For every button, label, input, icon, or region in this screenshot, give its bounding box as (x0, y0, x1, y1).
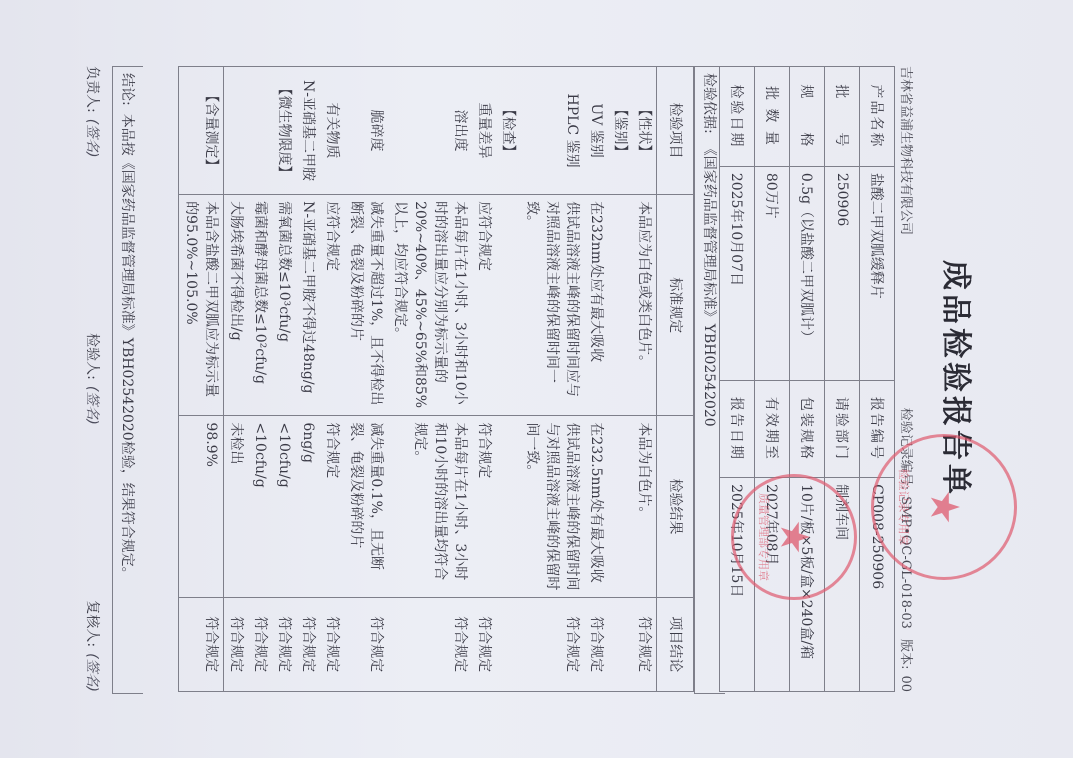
table-row: 有关物质应符合规定符合规定符合规定 (320, 67, 344, 692)
header-conclusion: 项目结论 (656, 597, 693, 691)
inspector-signature: 检验人:(签名) (83, 333, 103, 425)
company-name: 吉林省益浦生物科技有限公司 (898, 66, 917, 235)
red-seal-stamp: ★ 质量管理部专用章 (731, 474, 857, 600)
product-name-label: 产品名称 (859, 67, 894, 167)
package-label: 包装规格 (789, 380, 824, 477)
table-row: 脆碎度减失重量不超过1%，且不得检出断裂、龟裂及粉碎的片减失重量0.1%，且无断… (344, 67, 388, 692)
conclusion-cell: 符合规定 (223, 597, 248, 691)
result-cell: 本品为白色片。 (632, 416, 657, 597)
standard-cell: 在232nm处应有最大吸收 (584, 195, 608, 416)
result-cell (608, 416, 632, 597)
item-cell: 溶出度 (388, 67, 472, 195)
table-row: N-亚硝基二甲胺N-亚硝基二甲胺不得过48ng/g6ng/g符合规定 (296, 67, 320, 692)
spec: 0.5g（以盐酸二甲双胍计） (789, 166, 824, 380)
test-items-table: 检验项目 标准规定 检验结果 项目结论 【性状】本品应为白色或类白色片。本品为白… (178, 66, 694, 692)
table-row: 【微生物限度】需氧菌总数≤10³cfu/g<10cfu/g符合规定 (272, 67, 296, 692)
expiry-label: 有效期至 (754, 380, 789, 477)
result-cell: <10cfu/g (248, 416, 272, 597)
item-cell: HPLC 鉴别 (520, 67, 584, 195)
product-name: 盐酸二甲双胍缓释片 (859, 166, 894, 380)
table-header: 检验项目 标准规定 检验结果 项目结论 (656, 67, 693, 692)
quantity-label: 批 数 量 (754, 67, 789, 167)
inspection-report: 成品检验报告单 吉林省益浦生物科技有限公司 检验记录编号:SMP•QC-GL-0… (87, 54, 987, 704)
star-icon: ★ (771, 519, 817, 555)
table-row: 【检查】 (496, 67, 520, 692)
standard-cell: 应符合规定 (472, 195, 496, 416)
header-line: 吉林省益浦生物科技有限公司 检验记录编号:SMP•QC-GL-018-03 版本… (898, 66, 917, 692)
item-cell: 【含量测定】 (178, 67, 223, 195)
result-cell: 供试品溶液主峰的保留时间与对照品溶液主峰的保留时间一致。 (520, 416, 584, 597)
table-row: UV 鉴别在232nm处应有最大吸收在232.5nm处有最大吸收符合规定 (584, 67, 608, 692)
header-item: 检验项目 (656, 67, 693, 195)
conclusion-cell: 符合规定 (584, 597, 608, 691)
item-cell: 【微生物限度】 (272, 67, 296, 195)
batch-no-label: 批 号 (824, 67, 859, 167)
conclusion-cell (608, 597, 632, 691)
result-cell: 符合规定 (320, 416, 344, 597)
standard-cell: 需氧菌总数≤10³cfu/g (272, 195, 296, 416)
report-title: 成品检验报告单 (937, 54, 981, 704)
conclusion-cell: 符合规定 (272, 597, 296, 691)
item-cell: N-亚硝基二甲胺 (296, 67, 320, 195)
item-cell: 【性状】 (632, 67, 657, 195)
result-cell: 98.9% (178, 416, 223, 597)
standard-cell: 大肠埃希菌不得检出/g (223, 195, 248, 416)
standard-cell: 减失重量不超过1%，且不得检出断裂、龟裂及粉碎的片 (344, 195, 388, 416)
result-cell: 符合规定 (472, 416, 496, 597)
result-cell (496, 416, 520, 597)
table-row: HPLC 鉴别供试品溶液主峰的保留时间应与对照品溶液主峰的保留时间一致。供试品溶… (520, 67, 584, 692)
table-row: 溶出度本品每片在1小时、3小时和10小时的溶出量应分别为标示量的20%~40%、… (388, 67, 472, 692)
table-row: 【性状】本品应为白色或类白色片。本品为白色片。符合规定 (632, 67, 657, 692)
standard-cell: 霉菌和酵母菌总数≤10²cfu/g (248, 195, 272, 416)
item-cell: 重量差异 (472, 67, 496, 195)
standard-cell: 供试品溶液主峰的保留时间应与对照品溶液主峰的保留时间一致。 (520, 195, 584, 416)
responsible-signature: 负责人:(签名) (83, 66, 103, 158)
quantity: 80万片 (754, 166, 789, 380)
conclusion-cell: 符合规定 (520, 597, 584, 691)
standard-cell: 本品含盐酸二甲双胍应为标示量的95.0%~105.0% (178, 195, 223, 416)
scanned-page: 成品检验报告单 吉林省益浦生物科技有限公司 检验记录编号:SMP•QC-GL-0… (0, 0, 1073, 758)
conclusion-cell: 符合规定 (472, 597, 496, 691)
standard-cell (496, 195, 520, 416)
standard-cell: N-亚硝基二甲胺不得过48ng/g (296, 195, 320, 416)
result-cell: 本品每片在1小时、3小时和10小时的溶出量均符合规定。 (388, 416, 472, 597)
item-cell: 脆碎度 (344, 67, 388, 195)
signature-row: 负责人:(签名) 检验人:(签名) 复核人:(签名) (83, 66, 103, 692)
result-cell: 减失重量0.1%，且无断裂、龟裂及粉碎的片 (344, 416, 388, 597)
header-result: 检验结果 (656, 416, 693, 597)
final-conclusion: 结论: 本品按《国家药品监督管理局标准》YBH02542020检验，结果符合规定… (112, 66, 143, 694)
reviewer-signature: 复核人:(签名) (83, 600, 103, 692)
item-cell: 【鉴别】 (608, 67, 632, 195)
table-row: 【含量测定】本品含盐酸二甲双胍应为标示量的95.0%~105.0%98.9%符合… (178, 67, 223, 692)
conclusion-cell (496, 597, 520, 691)
table-row: 【鉴别】 (608, 67, 632, 692)
conclusion-cell: 符合规定 (344, 597, 388, 691)
red-seal-stamp: ★ 检验记录专用章 (871, 434, 1017, 580)
conclusion-cell: 符合规定 (320, 597, 344, 691)
result-cell: 未检出 (223, 416, 248, 597)
item-cell (248, 67, 272, 195)
item-cell: 【检查】 (496, 67, 520, 195)
standard-cell: 应符合规定 (320, 195, 344, 416)
conclusion-cell: 符合规定 (388, 597, 472, 691)
conclusion-cell: 符合规定 (248, 597, 272, 691)
result-cell: 6ng/g (296, 416, 320, 597)
batch-no: 250906 (824, 166, 859, 380)
table-row: 霉菌和酵母菌总数≤10²cfu/g<10cfu/g符合规定 (248, 67, 272, 692)
standard-cell: 本品每片在1小时、3小时和10小时的溶出量应分别为标示量的20%~40%、45%… (388, 195, 472, 416)
item-cell: UV 鉴别 (584, 67, 608, 195)
item-cell: 有关物质 (320, 67, 344, 195)
conclusion-cell: 符合规定 (178, 597, 223, 691)
star-icon: ★ (921, 489, 967, 525)
table-row: 重量差异应符合规定符合规定符合规定 (472, 67, 496, 692)
spec-label: 规 格 (789, 67, 824, 167)
result-cell: 在232.5nm处有最大吸收 (584, 416, 608, 597)
conclusion-cell: 符合规定 (296, 597, 320, 691)
conclusion-cell: 符合规定 (632, 597, 657, 691)
standard-cell (608, 195, 632, 416)
result-cell: <10cfu/g (272, 416, 296, 597)
header-standard: 标准规定 (656, 195, 693, 416)
item-cell (223, 67, 248, 195)
test-basis: 检验依据: 《国家药品监督管理局标准》YBH02542020 (694, 66, 725, 694)
standard-cell: 本品应为白色或类白色片。 (632, 195, 657, 416)
table-row: 大肠埃希菌不得检出/g未检出符合规定 (223, 67, 248, 692)
dept-label: 请验部门 (824, 380, 859, 477)
